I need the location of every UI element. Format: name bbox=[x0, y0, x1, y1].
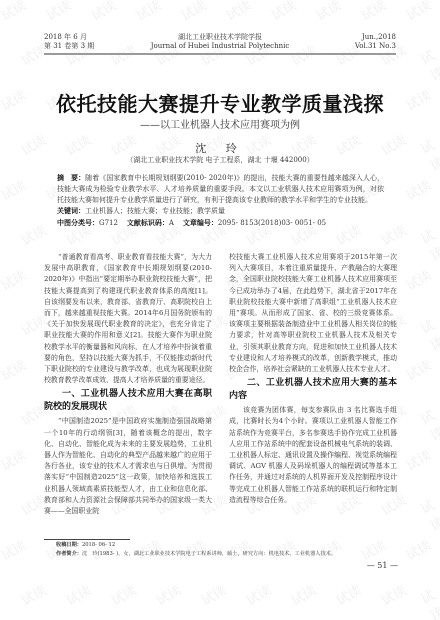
clc-label: 中图分类号： bbox=[57, 219, 99, 227]
article-no-label: 文章编号： bbox=[183, 219, 218, 227]
section-heading-2: 二、工业机器人技术应用大赛的基本内容 bbox=[229, 377, 397, 403]
watermark-text: 试读 bbox=[87, 0, 119, 24]
paragraph: 校技能大赛工业机器人技术应用赛项于2015年第一次列入大赛项目，本着注重质量提升… bbox=[229, 252, 397, 375]
watermark-text: 试读 bbox=[0, 355, 29, 384]
watermark-text: 试读 bbox=[357, 535, 389, 564]
running-header: 2018 年 6 月 第 31 卷第 3 期 湖北工业职业技术学院学报 Jour… bbox=[44, 33, 396, 53]
watermark-text: 试读 bbox=[0, 535, 29, 564]
clc-value: G712 bbox=[99, 219, 118, 227]
watermark-text: 试读 bbox=[42, 0, 74, 24]
paragraph: “普通教育看高考、职业教育看技能大赛”，为大力发展中高职教育，《国家教育中长期规… bbox=[44, 252, 212, 386]
abstract-text: 随着《国家教育中长期规划纲要(2010- 2020年)》的提出，技能大赛的重要性… bbox=[57, 174, 384, 204]
watermark-text: 试读 bbox=[402, 175, 434, 204]
keywords-label: 关键词： bbox=[57, 207, 85, 215]
watermark-text: 试读 bbox=[107, 580, 139, 609]
header-journal: 湖北工业职业技术学院学报 Journal of Hubei Industrial… bbox=[44, 33, 396, 50]
watermark-text: 试读 bbox=[17, 580, 49, 609]
watermark-text: 试读 bbox=[0, 0, 29, 24]
watermark-text: 试读 bbox=[417, 584, 440, 620]
watermark-text: 试读 bbox=[177, 0, 209, 24]
doc-code-label: 文献标识码： bbox=[127, 219, 169, 227]
watermark-text: 试读 bbox=[417, 134, 440, 174]
watermark-text: 试读 bbox=[62, 580, 94, 609]
watermark-text: 试读 bbox=[402, 355, 434, 384]
watermark-text: 试读 bbox=[287, 580, 319, 609]
watermark-text: 试读 bbox=[402, 535, 434, 564]
keywords-text: 工业机器人；技能大赛；专业技能；教学质量 bbox=[85, 207, 225, 215]
classification-line: 中图分类号：G712 文献标识码：A 文章编号：2095- 8153(2018)… bbox=[57, 218, 384, 228]
watermark-text: 试读 bbox=[402, 265, 434, 294]
watermark-text: 试读 bbox=[0, 445, 29, 474]
paragraph: “中国制造2025”是中国政府实施制造强国战略第一个10年的行动纲领[3]，随着… bbox=[44, 416, 212, 517]
watermark-text: 试读 bbox=[417, 314, 440, 354]
paragraph: 该竞赛为团体赛，每支参赛队由 3 名比赛选手组成，比赛时长为4个小时。赛项以工业… bbox=[229, 405, 397, 506]
header-volume-en: Jun.,2018 Vol.31 No.3 bbox=[355, 33, 396, 50]
watermark-text: 试读 bbox=[417, 44, 440, 84]
keywords: 关键词：工业机器人；技能大赛；专业技能；教学质量 bbox=[57, 206, 384, 216]
watermark-text: 试读 bbox=[0, 265, 29, 294]
footnote-author-bio: 作者简介：沈 玲(1983- )，女，湖北工业职业技术学院电子工程系讲师，硕士，… bbox=[56, 550, 336, 557]
received-label: 收稿日期： bbox=[56, 542, 82, 548]
watermark-text: 试读 bbox=[267, 0, 299, 24]
header-vol-no: Vol.31 No.3 bbox=[355, 42, 396, 51]
watermark-text: 试读 bbox=[312, 0, 344, 24]
watermark-text: 试读 bbox=[402, 445, 434, 474]
journal-name-cn: 湖北工业职业技术学院学报 bbox=[44, 33, 396, 42]
watermark-text: 试读 bbox=[417, 494, 440, 534]
paper-subtitle: ——以工业机器人技术应用赛项为例 bbox=[44, 116, 396, 131]
doc-code-value: A bbox=[169, 219, 174, 227]
watermark-text: 试读 bbox=[132, 0, 164, 24]
watermark-text: 试读 bbox=[417, 224, 440, 264]
watermark-text: 试读 bbox=[152, 580, 184, 609]
journal-name-en: Journal of Hubei Industrial Polytechnic bbox=[44, 42, 396, 51]
header-divider bbox=[44, 53, 396, 55]
watermark-text: 试读 bbox=[357, 0, 389, 24]
footnote-received: 收稿日期：2018- 06- 12 bbox=[56, 541, 115, 548]
watermark-text: 试读 bbox=[197, 580, 229, 609]
watermark-text: 试读 bbox=[332, 580, 364, 609]
watermark-text: 试读 bbox=[417, 404, 440, 444]
watermark-text: 试读 bbox=[0, 175, 29, 204]
abstract: 摘 要：随着《国家教育中长期规划纲要(2010- 2020年)》的提出，技能大赛… bbox=[57, 173, 384, 206]
watermark-text: 试读 bbox=[17, 220, 49, 249]
body-column-left: “普通教育看高考、职业教育看技能大赛”，为大力发展中高职教育，《国家教育中长期规… bbox=[44, 252, 212, 517]
author-name: 沈 玲 bbox=[44, 140, 396, 156]
header-date-en: Jun.,2018 bbox=[355, 33, 396, 42]
watermark-text: 试读 bbox=[242, 580, 274, 609]
watermark-text: 试读 bbox=[222, 0, 254, 24]
received-date: 2018- 06- 12 bbox=[82, 542, 115, 548]
watermark-text: 试读 bbox=[377, 580, 409, 609]
page-number: — 51 — bbox=[367, 561, 398, 570]
paper-title: 依托技能大赛提升专业教学质量浅探 bbox=[30, 88, 410, 117]
watermark-text: 试读 bbox=[0, 85, 29, 114]
bio-label: 作者简介： bbox=[56, 551, 82, 557]
section-heading-1: 一、工业机器人技术应用大赛在高职院校的发展现状 bbox=[44, 388, 212, 414]
bio-text: 沈 玲(1983- )，女，湖北工业职业技术学院电子工程系讲师，硕士，研究方向：… bbox=[82, 551, 336, 557]
abstract-label: 摘 要： bbox=[57, 174, 85, 182]
footnote-divider bbox=[44, 539, 130, 540]
body-column-right: 校技能大赛工业机器人技术应用赛项于2015年第一次列入大赛项目，本着注重质量提升… bbox=[229, 252, 397, 506]
article-no-value: 2095- 8153(2018)03- 0051- 05 bbox=[218, 219, 326, 227]
watermark-text: 试读 bbox=[402, 0, 434, 24]
author-affiliation: （湖北工业职业技术学院 电子工程系，湖北 十堰 442000） bbox=[44, 155, 396, 165]
